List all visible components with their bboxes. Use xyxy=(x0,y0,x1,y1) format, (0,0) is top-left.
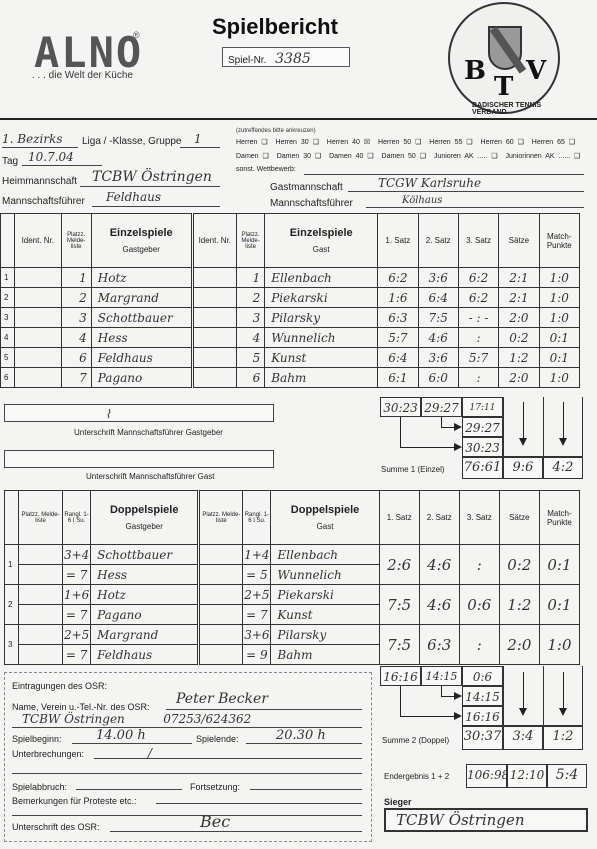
ident-cell xyxy=(15,268,61,288)
satz2-score[interactable]: 6:4 xyxy=(418,288,458,308)
osr-signature-label: Unterschrift des OSR: xyxy=(12,822,100,832)
osr-signature-value: Bec xyxy=(200,812,230,831)
s2-score[interactable]: 4:6 xyxy=(419,545,459,585)
btv-letter-b: B xyxy=(464,56,486,86)
einzel-total-s3: 17:11 xyxy=(462,397,503,417)
row-number: 1 xyxy=(1,268,15,288)
unterbrechungen-field[interactable]: / xyxy=(94,744,362,759)
saetze-score[interactable]: 2:1 xyxy=(499,268,539,288)
gastgeber-label: Gastgeber xyxy=(92,245,191,254)
spielabbruch-field[interactable] xyxy=(76,780,182,790)
d-satz3-header: 3. Satz xyxy=(459,491,499,545)
ident-cell xyxy=(15,308,61,328)
match-score[interactable]: 1:0 xyxy=(539,625,579,665)
btv-letter-v: V xyxy=(526,56,546,86)
saetze-score[interactable]: 0:2 xyxy=(499,328,539,348)
satz1-score[interactable]: 6:1 xyxy=(378,368,418,388)
guest-player[interactable]: Kunst xyxy=(271,605,379,625)
host-player[interactable]: Hess xyxy=(91,565,199,585)
summe2-games: 30:37 xyxy=(462,726,503,750)
einzel-title-guest: Einzelspiele xyxy=(265,227,377,239)
arrow-line xyxy=(523,672,524,708)
guest-rank[interactable]: 2+5 xyxy=(243,585,271,605)
nr-col xyxy=(5,491,19,545)
summe1-games: 76:61 xyxy=(462,457,503,479)
guest-position[interactable]: 5 xyxy=(236,348,264,368)
gast-label: Gast xyxy=(265,245,377,254)
table-row: 44Hess4Wunnelich5:74:6:0:20:1 xyxy=(1,328,580,348)
liga-field[interactable]: 1. Bezirks xyxy=(2,130,78,148)
guest-player[interactable]: Kunst xyxy=(265,348,378,368)
host-player[interactable]: Margrand xyxy=(91,625,199,645)
satz3-score[interactable]: - : - xyxy=(458,308,498,328)
saetze-score[interactable]: 2:1 xyxy=(499,288,539,308)
guest-player[interactable]: Ellenbach xyxy=(265,268,378,288)
guest-rank[interactable]: = 7 xyxy=(243,605,271,625)
host-signature-field[interactable]: ⌇ xyxy=(4,404,274,422)
guest-signature-field[interactable] xyxy=(4,450,274,468)
d-platz-cell-guest xyxy=(199,545,243,565)
host-rank[interactable]: = 7 xyxy=(63,645,91,665)
ident-cell xyxy=(15,368,61,388)
category-damen[interactable]: Damen ❑ xyxy=(236,153,269,160)
d-platz-cell xyxy=(19,565,63,585)
s3-score[interactable]: : xyxy=(459,545,499,585)
table-row: 22Margrand2Piekarski1:66:46:22:11:0 xyxy=(1,288,580,308)
registered-mark: ® xyxy=(133,30,140,40)
guest-rank[interactable]: 1+4 xyxy=(243,545,271,565)
match-score[interactable]: 1:0 xyxy=(539,288,579,308)
guest-rank[interactable]: 3+6 xyxy=(243,625,271,645)
doppel-guest-header: DoppelspieleGast xyxy=(271,491,379,545)
arrow-down-icon xyxy=(559,438,567,446)
spielende-value: 20.30 h xyxy=(276,728,326,743)
btv-logo: B T V BADISCHER TENNIS VERBAND xyxy=(448,2,560,114)
sieger-label: Sieger xyxy=(384,797,412,807)
gruppe-field[interactable]: 1 xyxy=(180,130,220,148)
osr-phone-value: 07253/624362 xyxy=(163,712,251,726)
saetze-score[interactable]: 1:2 xyxy=(499,585,539,625)
d-platz-cell-guest xyxy=(199,565,243,585)
unterbrechungen-label: Unterbrechungen: xyxy=(12,749,84,759)
doppel-title-guest: Doppelspiele xyxy=(271,504,378,516)
satz3-score[interactable]: : xyxy=(458,328,498,348)
satz2-score[interactable]: 6:0 xyxy=(418,368,458,388)
row-number: 3 xyxy=(5,625,19,665)
row-number: 6 xyxy=(1,368,15,388)
row-number: 1 xyxy=(5,545,19,585)
einzel-title: Einzelspiele xyxy=(92,227,191,239)
spielbeginn-field[interactable]: 14.00 h xyxy=(72,726,192,744)
host-player[interactable]: Schottbauer xyxy=(91,545,199,565)
guest-player[interactable]: Ellenbach xyxy=(271,545,379,565)
saetze-score[interactable]: 2:0 xyxy=(499,308,539,328)
einzel-guest-header: EinzelspieleGast xyxy=(265,214,378,268)
guest-rank[interactable]: = 5 xyxy=(243,565,271,585)
heim-field[interactable]: TCBW Östringen xyxy=(80,168,220,187)
category-herren-65[interactable]: Herren 65 ❑ xyxy=(532,139,575,146)
arrow-right-icon xyxy=(454,443,462,451)
category-damen-40[interactable]: Damen 40 ❑ xyxy=(329,153,374,160)
d-platz-cell xyxy=(19,605,63,625)
d-match-header: Match- Punkte xyxy=(539,491,579,545)
satz1-score[interactable]: 5:7 xyxy=(378,328,418,348)
host-position[interactable]: 1 xyxy=(61,268,91,288)
d-platz-cell-guest xyxy=(199,645,243,665)
arrow-right-icon xyxy=(454,712,462,720)
einzel-host-header: EinzelspieleGastgeber xyxy=(91,214,192,268)
final-games: 106:98 xyxy=(466,764,507,788)
tag-value: 10.7.04 xyxy=(28,150,74,164)
guest-player[interactable]: Piekarski xyxy=(265,288,378,308)
match-score[interactable]: 1:0 xyxy=(539,308,579,328)
platz-header: Platzz. Melde- liste xyxy=(61,214,91,268)
row-number: 5 xyxy=(1,348,15,368)
host-position[interactable]: 6 xyxy=(61,348,91,368)
spiel-nr-field[interactable]: Spiel-Nr. 3385 xyxy=(222,47,350,67)
satz2-score[interactable]: 7:5 xyxy=(418,308,458,328)
host-player[interactable]: Hotz xyxy=(91,585,199,605)
cell-divider xyxy=(543,397,544,457)
satz3-header: 3. Satz xyxy=(458,214,498,268)
summe1-label: Summe 1 (Einzel) xyxy=(381,465,445,474)
guest-position[interactable]: 1 xyxy=(236,268,264,288)
match-score[interactable]: 0:1 xyxy=(539,328,579,348)
bemerkungen-label: Bemerkungen für Proteste etc.: xyxy=(12,796,137,806)
d-platz-cell xyxy=(19,585,63,605)
host-player[interactable]: Pagano xyxy=(91,368,192,388)
heim-mf-field[interactable]: Feldhaus xyxy=(92,188,220,207)
host-rank[interactable]: = 7 xyxy=(63,605,91,625)
d-gastgeber-label: Gastgeber xyxy=(91,522,197,531)
row-number: 3 xyxy=(1,308,15,328)
category-hint: (zutreffendes bitte ankreuzen) xyxy=(236,128,316,134)
heim-mf-value: Feldhaus xyxy=(106,190,161,204)
host-position[interactable]: 4 xyxy=(61,328,91,348)
arrow-line xyxy=(441,696,455,697)
osr-club-value: TCBW Östringen xyxy=(22,712,125,726)
spiel-nr-label: Spiel-Nr. xyxy=(228,55,266,66)
s3-score[interactable]: 0:6 xyxy=(459,585,499,625)
d-platz-cell-guest xyxy=(199,605,243,625)
doppel-title: Doppelspiele xyxy=(91,504,197,516)
host-player[interactable]: Feldhaus xyxy=(91,645,199,665)
final-saetze: 12:10 xyxy=(507,764,547,788)
btv-letter-t: T xyxy=(494,72,513,102)
d-platz-header: Platzz. Melde- liste xyxy=(19,491,63,545)
d-rang-header-guest: Rangl. 1-6 I Su. xyxy=(243,491,271,545)
einzel-carry-s1: 30:23 xyxy=(462,437,503,457)
d-platz-cell-guest xyxy=(199,625,243,645)
category-juniorinnen[interactable]: Juniorinnen AK ...... ❑ xyxy=(505,153,580,160)
guest-ident-cell xyxy=(192,308,236,328)
arrow-line xyxy=(400,716,455,717)
sieger-field[interactable]: TCBW Östringen xyxy=(384,808,588,832)
btv-ring-text: BADISCHER TENNIS VERBAND xyxy=(472,102,558,116)
category-herren-60[interactable]: Herren 60 ❑ xyxy=(481,139,524,146)
guest-position[interactable]: 2 xyxy=(236,288,264,308)
d-platz-cell-guest xyxy=(199,585,243,605)
einzel-total-s2: 29:27 xyxy=(421,397,462,417)
arrow-line xyxy=(523,402,524,438)
arrow-down-icon xyxy=(519,708,527,716)
gruppe-value: 1 xyxy=(194,132,202,146)
arrow-line xyxy=(563,672,564,708)
alno-tagline: . . . die Welt der Küche xyxy=(32,70,133,81)
einzel-total-s1: 30:23 xyxy=(380,397,421,417)
table-row: 32+5Margrand3+6Pilarsky7:56:3:2:01:0 xyxy=(5,625,580,645)
d-platz-cell xyxy=(19,625,63,645)
guest-position[interactable]: 6 xyxy=(236,368,264,388)
host-player[interactable]: Hess xyxy=(91,328,192,348)
gast-label: Gastmannschaft xyxy=(270,182,343,193)
host-signature-label: Unterschrift Mannschaftsführer Gastgeber xyxy=(74,428,223,437)
shield-icon xyxy=(488,26,522,70)
doppel-total-s3: 0:6 xyxy=(462,666,503,686)
match-score[interactable]: 0:1 xyxy=(539,545,579,585)
guest-ident-cell xyxy=(192,348,236,368)
page-title: Spielbericht xyxy=(212,14,338,40)
category-junioren[interactable]: Junioren AK ..... ❑ xyxy=(434,153,498,160)
host-position[interactable]: 2 xyxy=(61,288,91,308)
doppel-total-s1: 16:16 xyxy=(380,666,421,686)
table-row: 33Schottbauer3Pilarsky6:37:5- : -2:01:0 xyxy=(1,308,580,328)
table-row: 56Feldhaus5Kunst6:43:65:71:20:1 xyxy=(1,348,580,368)
summe1-saetze: 9:6 xyxy=(503,457,543,479)
row-number: 4 xyxy=(1,328,15,348)
header-divider xyxy=(0,118,597,120)
saetze-score[interactable]: 0:2 xyxy=(499,545,539,585)
match-score[interactable]: 0:1 xyxy=(539,348,579,368)
s3-score[interactable]: : xyxy=(459,625,499,665)
ident-header: Ident. Nr. xyxy=(15,214,61,268)
spielabbruch-label: Spielabbruch: xyxy=(12,782,67,792)
summe2-match: 1:2 xyxy=(543,726,583,750)
d-rang-header: Rangl. 1-6 I Su. xyxy=(63,491,91,545)
liga-value: 1. Bezirks xyxy=(2,132,63,146)
category-herren[interactable]: Herren ❑ xyxy=(236,139,268,146)
satz2-score[interactable]: 4:6 xyxy=(418,328,458,348)
satz3-score[interactable]: 5:7 xyxy=(458,348,498,368)
satz3-score[interactable]: 6:2 xyxy=(458,268,498,288)
arrow-line xyxy=(563,402,564,438)
s2-score[interactable]: 6:3 xyxy=(419,625,459,665)
summe2-saetze: 3:4 xyxy=(503,726,543,750)
platz-header-guest: Platzz. Melde- liste xyxy=(236,214,264,268)
match-score[interactable]: 0:1 xyxy=(539,585,579,625)
host-rank[interactable]: = 7 xyxy=(63,565,91,585)
host-player[interactable]: Feldhaus xyxy=(91,348,192,368)
arrow-line xyxy=(400,417,401,447)
table-row: 11Hotz1Ellenbach6:23:66:22:11:0 xyxy=(1,268,580,288)
guest-player[interactable]: Pilarsky xyxy=(265,308,378,328)
tag-field[interactable]: 10.7.04 xyxy=(22,148,102,166)
heim-mf-label: Mannschaftsführer xyxy=(2,196,85,207)
arrow-line xyxy=(400,686,401,716)
satz1-score[interactable]: 1:6 xyxy=(378,288,418,308)
final-match: 5:4 xyxy=(547,764,587,788)
d-platz-cell xyxy=(19,545,63,565)
doppel-host-header: DoppelspieleGastgeber xyxy=(91,491,199,545)
guest-player[interactable]: Piekarski xyxy=(271,585,379,605)
satz2-header: 2. Satz xyxy=(418,214,458,268)
osr-name-value: Peter Becker xyxy=(176,691,268,707)
satz3-score[interactable]: : xyxy=(458,368,498,388)
doppel-carry-s1: 16:16 xyxy=(462,706,503,726)
nr-col xyxy=(1,214,15,268)
table-row: 67Pagano6Bahm6:16:0:2:01:0 xyxy=(1,368,580,388)
table-row: 13+4Schottbauer1+4Ellenbach2:64:6:0:20:1 xyxy=(5,545,580,565)
category-herren-50[interactable]: Herren 50 ❑ xyxy=(378,139,421,146)
sonst-label: sonst. Wettbewerb: xyxy=(236,166,296,173)
match-score[interactable]: 1:0 xyxy=(539,368,579,388)
einzel-table: Ident. Nr. Platzz. Melde- liste Einzelsp… xyxy=(0,213,580,388)
ident-header-guest: Ident. Nr. xyxy=(192,214,236,268)
arrow-line xyxy=(400,447,455,448)
arrow-right-icon xyxy=(454,423,462,431)
d-saetze-header: Sätze xyxy=(499,491,539,545)
row-number: 2 xyxy=(5,585,19,625)
guest-signature-label: Unterschrift Mannschaftsführer Gast xyxy=(86,472,215,481)
saetze-score[interactable]: 2:0 xyxy=(499,368,539,388)
doppel-table: Platzz. Melde- liste Rangl. 1-6 I Su. Do… xyxy=(4,490,580,665)
guest-position[interactable]: 4 xyxy=(236,328,264,348)
gast-mf-value: Kölhaus xyxy=(402,195,442,206)
category-damen-30[interactable]: Damen 30 ❑ xyxy=(277,153,322,160)
d-satz1-header: 1. Satz xyxy=(379,491,419,545)
d-satz2-header: 2. Satz xyxy=(419,491,459,545)
guest-position[interactable]: 3 xyxy=(236,308,264,328)
s2-score[interactable]: 4:6 xyxy=(419,585,459,625)
arrow-right-icon xyxy=(454,692,462,700)
spiel-nr-value: 3385 xyxy=(275,51,311,67)
satz1-score[interactable]: 6:3 xyxy=(378,308,418,328)
satz1-score[interactable]: 6:4 xyxy=(378,348,418,368)
host-player[interactable]: Hotz xyxy=(91,268,192,288)
host-player[interactable]: Margrand xyxy=(91,288,192,308)
einzel-carry-s2: 29:27 xyxy=(462,417,503,437)
spielbeginn-label: Spielbeginn: xyxy=(12,734,62,744)
unterbrechungen-value: / xyxy=(148,746,152,760)
heim-value: TCBW Östringen xyxy=(92,169,212,185)
d-platz-header-guest: Platzz. Melde- liste xyxy=(199,491,243,545)
doppel-total-s2: 14:15 xyxy=(421,666,462,686)
category-row-2[interactable]: Damen ❑ Damen 30 ❑ Damen 40 ❑ Damen 50 ❑… xyxy=(236,152,580,160)
host-position[interactable]: 7 xyxy=(61,368,91,388)
spielbeginn-value: 14.00 h xyxy=(96,728,146,743)
fortsetzung-field[interactable] xyxy=(250,780,362,790)
satz2-score[interactable]: 3:6 xyxy=(418,268,458,288)
satz1-header: 1. Satz xyxy=(378,214,418,268)
satz1-score[interactable]: 6:2 xyxy=(378,268,418,288)
host-player[interactable]: Schottbauer xyxy=(91,308,192,328)
ident-cell xyxy=(15,348,61,368)
liga-label: Liga / -Klasse, Gruppe xyxy=(82,136,182,147)
fortsetzung-label: Fortsetzung: xyxy=(190,782,240,792)
arrow-line xyxy=(441,417,442,427)
guest-ident-cell xyxy=(192,328,236,348)
gast-value: TCGW Karlsruhe xyxy=(378,176,481,190)
saetze-score[interactable]: 2:0 xyxy=(499,625,539,665)
host-player[interactable]: Pagano xyxy=(91,605,199,625)
guest-player[interactable]: Bahm xyxy=(271,645,379,665)
category-herren-40[interactable]: Herren 40 ☒ xyxy=(327,139,370,146)
guest-ident-cell xyxy=(192,288,236,308)
match-score[interactable]: 1:0 xyxy=(539,268,579,288)
table-row: 21+6Hotz2+5Piekarski7:54:60:61:20:1 xyxy=(5,585,580,605)
category-herren-30[interactable]: Herren 30 ❑ xyxy=(276,139,319,146)
host-rank[interactable]: 1+6 xyxy=(63,585,91,605)
row-number: 2 xyxy=(1,288,15,308)
category-damen-50[interactable]: Damen 50 ❑ xyxy=(382,153,427,160)
unterbrechungen-field-2[interactable] xyxy=(12,760,362,774)
guest-player[interactable]: Wunnelich xyxy=(265,328,378,348)
s1-score[interactable]: 7:5 xyxy=(379,585,419,625)
s1-score[interactable]: 2:6 xyxy=(379,545,419,585)
saetze-header: Sätze xyxy=(499,214,539,268)
satz3-score[interactable]: 6:2 xyxy=(458,288,498,308)
d-platz-cell xyxy=(19,645,63,665)
doppel-carry-s2: 14:15 xyxy=(462,686,503,706)
ident-cell xyxy=(15,288,61,308)
tag-label: Tag xyxy=(2,156,18,167)
osr-title: Eintragungen des OSR: xyxy=(12,681,107,691)
arrow-down-icon xyxy=(519,438,527,446)
summe1-match: 4:2 xyxy=(543,457,583,479)
spielende-label: Spielende: xyxy=(196,734,239,744)
d-gast-label: Gast xyxy=(271,522,378,531)
saetze-score[interactable]: 1:2 xyxy=(499,348,539,368)
guest-player[interactable]: Pilarsky xyxy=(271,625,379,645)
guest-player[interactable]: Wunnelich xyxy=(271,565,379,585)
host-rank[interactable]: 3+4 xyxy=(63,545,91,565)
arrow-line xyxy=(441,686,442,696)
guest-rank[interactable]: = 9 xyxy=(243,645,271,665)
bemerkungen-field[interactable] xyxy=(156,794,362,804)
osr-name-field[interactable]: Peter Becker xyxy=(166,690,362,710)
guest-ident-cell xyxy=(192,268,236,288)
match-header: Match- Punkte xyxy=(539,214,579,268)
host-position[interactable]: 3 xyxy=(61,308,91,328)
category-row-1[interactable]: Herren ❑ Herren 30 ❑ Herren 40 ☒ Herren … xyxy=(236,138,575,146)
arrow-line xyxy=(441,427,455,428)
arrow-down-icon xyxy=(559,708,567,716)
gast-mf-field[interactable]: Kölhaus xyxy=(366,190,584,208)
guest-ident-cell xyxy=(192,368,236,388)
satz2-score[interactable]: 3:6 xyxy=(418,348,458,368)
s1-score[interactable]: 7:5 xyxy=(379,625,419,665)
category-herren-55[interactable]: Herren 55 ❑ xyxy=(429,139,472,146)
endergebnis-label: Endergebnis 1 + 2 xyxy=(384,772,449,781)
spielende-field[interactable]: 20.30 h xyxy=(246,726,362,744)
osr-signature-field[interactable]: Bec xyxy=(110,812,362,832)
summe2-label: Summe 2 (Doppel) xyxy=(382,736,449,745)
gast-mf-label: Mannschaftsführer xyxy=(270,198,353,209)
heim-label: Heimmannschaft xyxy=(2,176,77,187)
cell-divider xyxy=(543,666,544,726)
ident-cell xyxy=(15,328,61,348)
guest-player[interactable]: Bahm xyxy=(265,368,378,388)
host-rank[interactable]: 2+5 xyxy=(63,625,91,645)
